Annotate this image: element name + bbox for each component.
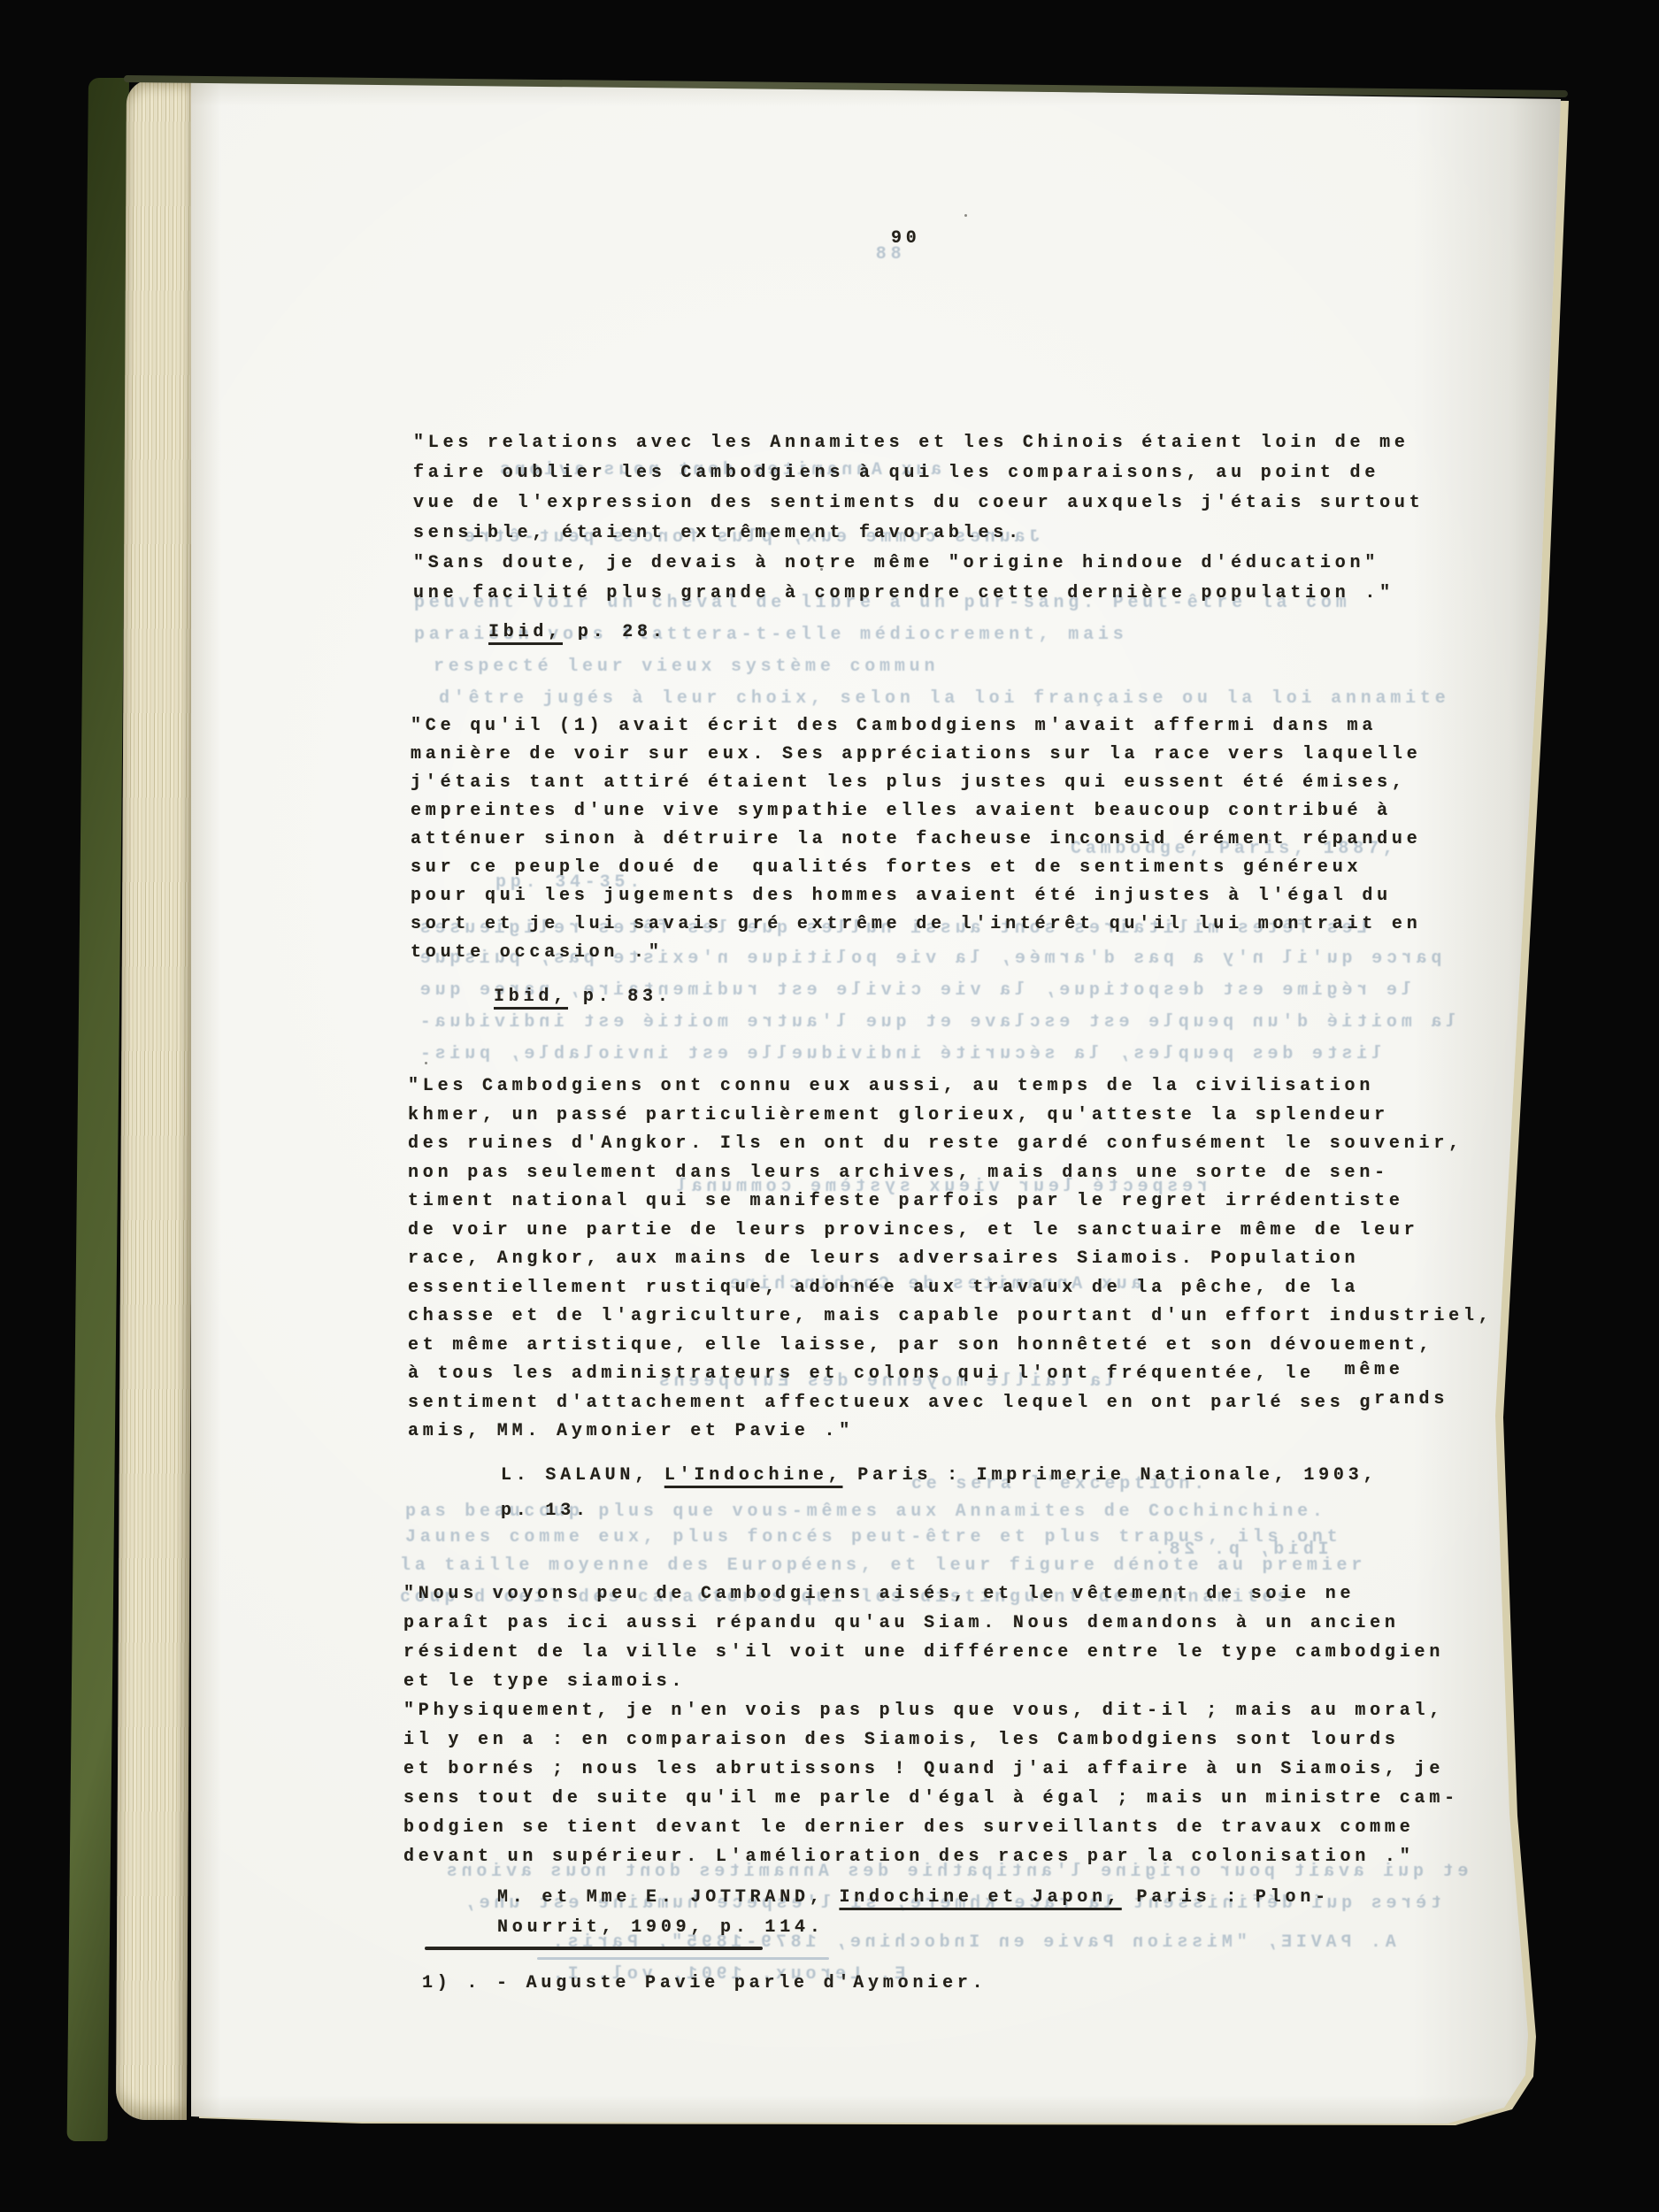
- dust-speck: [425, 1062, 427, 1064]
- typed-underline-rule: [425, 1947, 763, 1950]
- typed-line: il y en a : en comparaison des Siamois, …: [403, 1725, 1459, 1755]
- typed-line: "Ce qu'il (1) avait écrit des Cambodgien…: [411, 712, 1422, 741]
- typed-line: pour qui les jugements des hommes avaien…: [411, 882, 1422, 910]
- typed-line: Ibid, p. 83.: [494, 984, 672, 1010]
- typed-line: paraît pas ici aussi répandu qu'au Siam.…: [403, 1609, 1459, 1638]
- typed-line: de voir une partie de leurs provinces, e…: [408, 1217, 1494, 1246]
- bleed-through-line: Ibid, p. 28.: [1150, 1540, 1329, 1560]
- quote-2: "Ce qu'il (1) avait écrit des Cambodgien…: [411, 712, 1422, 967]
- typed-line: toute occasion .": [411, 939, 1422, 967]
- typed-line: sur ce peuple doué de qualités fortes et…: [411, 854, 1422, 882]
- bleed-through-line: respecté leur vieux système commun: [434, 657, 939, 677]
- typed-line: p. 13.: [501, 1494, 1378, 1529]
- typed-line: "Nous voyons peu de Cambodgiens aisés, e…: [403, 1579, 1459, 1609]
- typed-line: résident de la ville s'il voit une diffé…: [403, 1638, 1459, 1667]
- typed-line: et le type siamois.: [403, 1667, 1459, 1696]
- typed-line: M. et Mme E. JOTTRAND, Indochine et Japo…: [497, 1883, 1330, 1913]
- typed-line: L. SALAUN, L'Indochine, Paris : Imprimer…: [501, 1458, 1378, 1494]
- typed-line: faire oublier les Cambodgiens à qui les …: [413, 458, 1425, 488]
- citation-salaun: L. SALAUN, L'Indochine, Paris : Imprimer…: [501, 1458, 1378, 1529]
- typed-line: une facilité plus grande à comprendre ce…: [413, 579, 1425, 609]
- typed-line: j'étais tant attiré étaient les plus jus…: [411, 769, 1422, 797]
- typed-line: chasse et de l'agriculture, mais capable…: [408, 1302, 1494, 1332]
- typed-line: amis, MM. Aymonier et Pavie .": [408, 1417, 1494, 1447]
- page-number: 90: [891, 226, 921, 252]
- typed-line: devant un supérieur. L'amélioration des …: [403, 1842, 1459, 1871]
- typed-line: Ibid, p. 28.: [488, 619, 667, 646]
- typed-line: et même artistique, elle laisse, par son…: [408, 1332, 1494, 1361]
- typed-line: bodgien se tient devant le dernier des s…: [403, 1813, 1459, 1842]
- typed-line: à tous les administrateurs et colons qui…: [408, 1360, 1494, 1389]
- typed-line: sentiment d'attachement affectueux avec …: [408, 1389, 1494, 1418]
- typed-line: 90: [891, 226, 921, 252]
- quote-1: "Les relations avec les Annamites et les…: [413, 428, 1425, 609]
- typed-line: vue de l'expression des sentiments du co…: [413, 488, 1425, 518]
- citation-ibid-83: Ibid, p. 83.: [494, 984, 672, 1010]
- typed-line: timent national qui se manifeste parfois…: [408, 1187, 1494, 1217]
- typed-line: sensible, étaient extrêmement favorables…: [413, 518, 1425, 549]
- bleed-through-line: liste des peuples, la sécurité individue…: [416, 1044, 1382, 1064]
- bleed-through-line: d'être jugés à leur choix, selon la loi …: [439, 688, 1450, 709]
- text-layer: 88aux Annamites dont nous avionsJaunes c…: [0, 0, 1659, 2212]
- typed-line: non pas seulement dans leurs archives, m…: [408, 1159, 1494, 1188]
- quote-3: "Les Cambodgiens ont connu eux aussi, au…: [408, 1072, 1494, 1447]
- typed-line: empreintes d'une vive sympathie elles av…: [411, 797, 1422, 826]
- typed-line: des ruines d'Angkor. Ils en ont du reste…: [408, 1130, 1494, 1159]
- bleed-through-line: la moitié d'un peuple est esclave et que…: [416, 1012, 1456, 1033]
- typed-line: sort et je lui savais gré extrême de l'i…: [411, 910, 1422, 939]
- dust-speck: [820, 568, 823, 571]
- citation-ibid-28: Ibid, p. 28.: [488, 619, 667, 646]
- scanned-book-photo: { "page": { "number": "90", "paper_color…: [0, 0, 1659, 2212]
- typed-line: manière de voir sur eux. Ses appréciatio…: [411, 741, 1422, 769]
- quote-4: "Nous voyons peu de Cambodgiens aisés, e…: [403, 1579, 1459, 1871]
- bleed-underline-rule: [537, 1957, 829, 1960]
- typed-line: Nourrit, 1909, p. 114.: [497, 1913, 1330, 1943]
- typed-line: et bornés ; nous les abrutissons ! Quand…: [403, 1755, 1459, 1784]
- citation-jottrand: M. et Mme E. JOTTRAND, Indochine et Japo…: [497, 1883, 1330, 1943]
- typed-line: "Les Cambodgiens ont connu eux aussi, au…: [408, 1072, 1494, 1102]
- typed-line: "Les relations avec les Annamites et les…: [413, 428, 1425, 458]
- typed-line: atténuer sinon à détruire la note facheu…: [411, 826, 1422, 854]
- typed-line: "Sans doute, je devais à notre même "ori…: [413, 549, 1425, 579]
- typed-line: sens tout de suite qu'il me parle d'égal…: [403, 1784, 1459, 1813]
- typed-line: khmer, un passé particulièrement glorieu…: [408, 1102, 1494, 1131]
- typed-line: 1) . - Auguste Pavie parle d'Aymonier.: [422, 1970, 987, 1997]
- footnote-1: 1) . - Auguste Pavie parle d'Aymonier.: [422, 1970, 987, 1997]
- typed-line: essentiellement rustique, adonnée aux tr…: [408, 1274, 1494, 1303]
- typed-line: "Physiquement, je n'en vois pas plus que…: [403, 1696, 1459, 1725]
- dust-speck: [964, 214, 967, 217]
- typed-line: race, Angkor, aux mains de leurs adversa…: [408, 1245, 1494, 1274]
